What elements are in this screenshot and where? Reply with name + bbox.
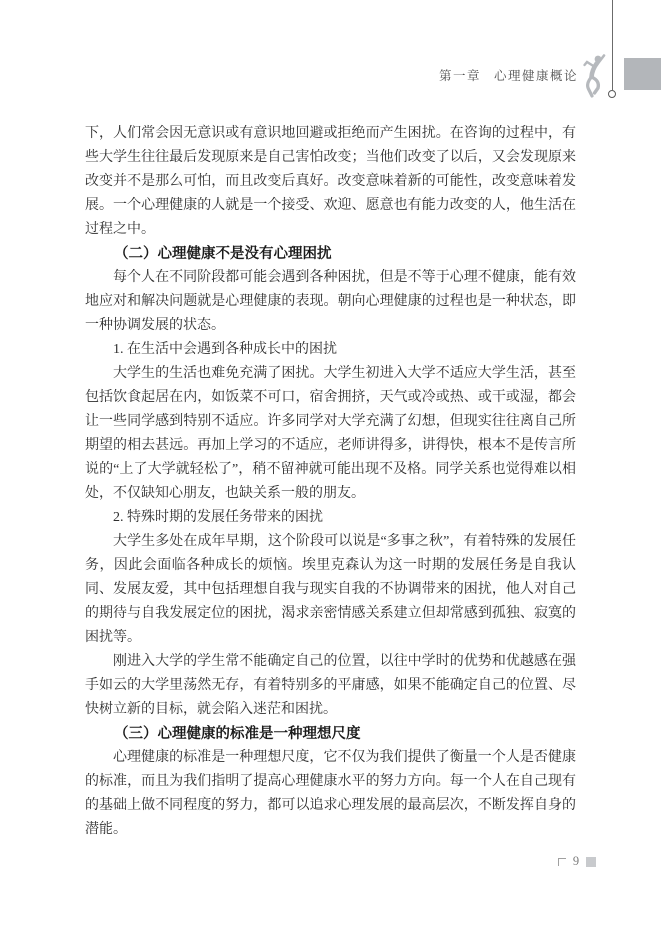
paragraph: 刚进入大学的学生常不能确定自己的位置，以往中学时的优势和优越感在强手如云的大学里… — [85, 650, 576, 722]
section-heading-3: （三）心理健康的标准是一种理想尺度 — [85, 722, 576, 746]
page-number: 9 — [569, 854, 583, 869]
section-heading-2: （二）心理健康不是没有心理困扰 — [85, 242, 576, 266]
paragraph-continuation: 下，人们常会因无意识或有意识地回避或拒绝而产生困扰。在咨询的过程中，有些大学生往… — [85, 122, 576, 242]
running-header: 第一章心理健康概论 — [439, 66, 578, 84]
paragraph: 心理健康的标准是一种理想尺度，它不仅为我们提供了衡量一个人是否健康的标准，而且为… — [85, 746, 576, 842]
paragraph: 每个人在不同阶段都可能会遇到各种困扰，但是不等于心理不健康，能有效地应对和解决问… — [85, 266, 576, 338]
page-number-bracket — [558, 858, 566, 866]
header-vertical-line — [612, 0, 613, 90]
sub-heading-2: 2. 特殊时期的发展任务带来的困扰 — [85, 506, 576, 530]
line-end-circle — [608, 90, 616, 98]
paragraph: 大学生的生活也难免充满了困扰。大学生初进入大学不适应大学生活，甚至包括饮食起居在… — [85, 362, 576, 506]
footer-gray-square — [586, 857, 596, 867]
edge-gray-block — [624, 58, 661, 90]
sub-heading-1: 1. 在生活中会遇到各种成长中的困扰 — [85, 338, 576, 362]
chapter-title: 心理健康概论 — [494, 69, 578, 83]
paragraph: 大学生多处在成年早期，这个阶段可以说是“多事之秋”，有着特殊的发展任务，因此会面… — [85, 530, 576, 650]
chapter-label: 第一章 — [439, 69, 481, 83]
climber-figure-icon — [581, 52, 609, 102]
body-text: 下，人们常会因无意识或有意识地回避或拒绝而产生困扰。在咨询的过程中，有些大学生往… — [85, 122, 576, 842]
book-page: 第一章心理健康概论 下，人们常会因无意识或有意识地回避或拒绝而产生困扰。在咨询的… — [0, 0, 661, 925]
